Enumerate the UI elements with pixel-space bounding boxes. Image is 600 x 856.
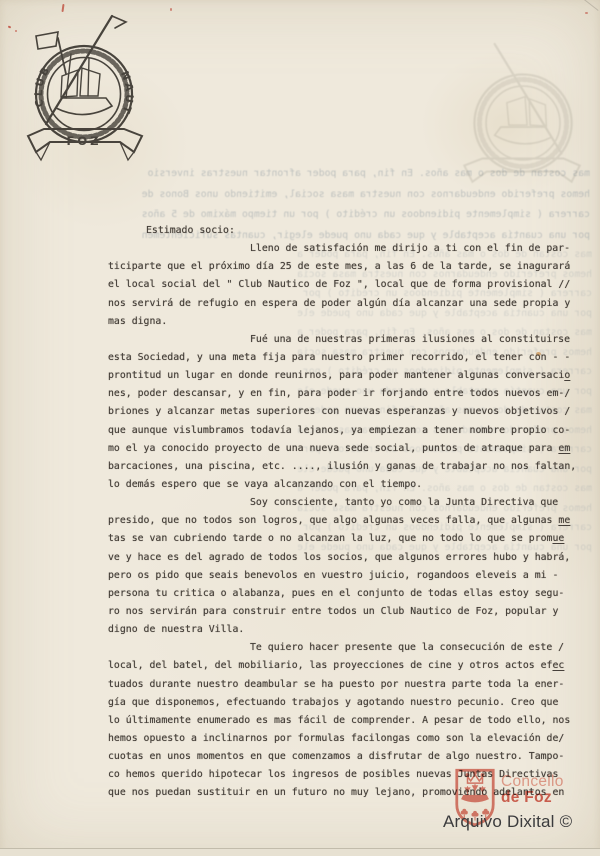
letter-line: mas digna. — [108, 313, 588, 331]
letter-line: Te quiero hacer presente que la consecuc… — [108, 639, 588, 657]
letter-line: tas se van cubriendo tarde o no alcanzan… — [108, 530, 588, 548]
letter-line: barcaciones, una piscina, etc. ...., ilu… — [108, 458, 588, 476]
club-nautico-foz-stamp: CLUB NAUTICO FOZ — [16, 12, 158, 170]
letter-line: ticiparte que el próximo día 25 de este … — [108, 258, 588, 276]
letter-line: Estimado socio: — [108, 222, 588, 240]
council-name-line2: de Foz — [501, 789, 552, 807]
ship-hull — [56, 98, 112, 115]
letter-line: mo el ya conocido proyecto de una nueva … — [108, 440, 588, 458]
archive-credit: Arquivo Dixital © — [443, 812, 572, 832]
letter-line: briones y alcanzar metas superiores con … — [108, 403, 588, 421]
letter-line: prontitud un lugar en donde reunirnos, p… — [108, 367, 588, 385]
letter-line: ve y hace es del agrado de todos los soc… — [108, 549, 588, 567]
red-ink-speck — [170, 8, 172, 11]
letter-line: el local social del " Club Nautico de Fo… — [108, 276, 588, 294]
letter-line: hemos opuesto a inclinarnos por formulas… — [108, 730, 588, 748]
ship-sail — [80, 68, 100, 96]
letter-line: que aunque vislumbramos todavía lejanos,… — [108, 422, 588, 440]
stamp-bleedthrough-ghost — [446, 40, 594, 200]
pennant — [112, 16, 126, 28]
letter-line: lo demás espero que se vaya alcanzando c… — [108, 476, 588, 494]
letter-line: persona tu critica o alabanza, pues en e… — [108, 585, 588, 603]
pencil-corner-mark — [577, 0, 598, 11]
letter-line: gía que disponemos, efectuando trabajos … — [108, 694, 588, 712]
letter-body: Estimado socio:Lleno de satisfación me d… — [108, 222, 588, 803]
letter-line: tuados durante nuestro deambular se ha p… — [108, 676, 588, 694]
stamp-banner-text: FOZ — [67, 134, 102, 148]
letter-line: pero os pido que seais benevolos en vues… — [108, 567, 588, 585]
letter-line: Fué una de nuestras primeras ilusiones a… — [108, 331, 588, 349]
letter-line: digno de nuestra Villa. — [108, 621, 588, 639]
scan-bottom-edge — [0, 848, 600, 856]
red-ink-speck — [8, 26, 12, 29]
letter-line: Soy consciente, tanto yo como la Junta D… — [108, 494, 588, 512]
flag — [36, 32, 58, 49]
red-ink-speck — [585, 12, 588, 14]
letter-line: nos servirá de refugio en espera de pode… — [108, 295, 588, 313]
letter-line: esta Sociedad, y una meta fija para nues… — [108, 349, 588, 367]
ship-mast — [88, 58, 89, 96]
letter-line: nes, poder descansar, y en fin, para pod… — [108, 385, 588, 403]
document-page: mas costan de dos o mas años. En fin, pa… — [0, 0, 600, 856]
letter-line: local, del batel, del mobiliario, las pr… — [108, 657, 588, 675]
letter-line: presido, que no todos son logros, que al… — [108, 512, 588, 530]
letter-line: lo últimamente enumerado es mas fácil de… — [108, 712, 588, 730]
red-ink-speck — [61, 4, 64, 12]
letter-line: Lleno de satisfación me dirijo a ti con … — [108, 240, 588, 258]
letter-line: ro nos servirán para construir entre tod… — [108, 603, 588, 621]
